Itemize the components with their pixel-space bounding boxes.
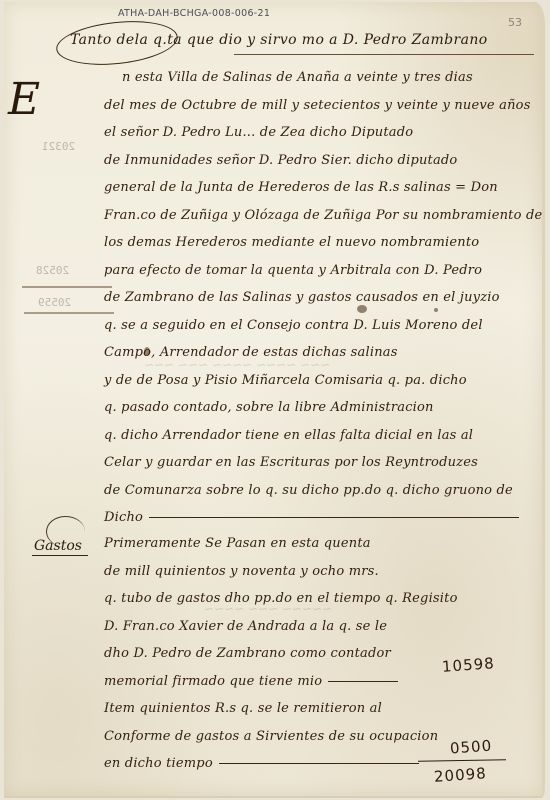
body-line: q. pasado contado, sobre la libre Admini… [104, 394, 544, 422]
line-filler [149, 517, 519, 518]
expense-line: D. Fran.co Xavier de Andrada a la q. se … [104, 613, 544, 641]
body-line-closing: Dicho [104, 504, 544, 526]
body-line: de Zambrano de las Salinas y gastos caus… [104, 284, 544, 312]
body-line: Fran.co de Zuñiga y Olózaga de Zuñiga Po… [104, 202, 544, 230]
document-heading: Tanto dela q.ta que dio y sirvo mo a D. … [64, 32, 504, 48]
body-line: n esta Villa de Salinas de Anaña a veint… [104, 64, 544, 92]
body-line: general de la Junta de Herederos de las … [104, 174, 544, 202]
body-line: los demas Herederos mediante el nuevo no… [104, 229, 544, 257]
body-line: de Comunarza sobre lo q. su dicho pp.do … [104, 477, 544, 505]
body-line: de Inmunidades señor D. Pedro Sier. dich… [104, 147, 544, 175]
body-line: el señor D. Pedro Lu... de Zea dicho Dip… [104, 119, 544, 147]
expense-line: Primeramente Se Pasan en esta quenta [104, 530, 544, 558]
line-filler [328, 681, 398, 682]
decorated-initial: E [8, 74, 40, 125]
amount-10598: 10598 [441, 654, 495, 676]
margin-rule [22, 286, 112, 288]
body-line: Celar y guardar en las Escrituras por lo… [104, 449, 544, 477]
heading-underline [234, 54, 534, 55]
amount-0500: 0500 [449, 737, 492, 758]
faded-margin-number: 20321 [42, 140, 75, 153]
margin-label-gastos: Gastos [32, 538, 88, 556]
faded-margin-number: 20528 [36, 264, 69, 277]
faded-margin-number: 20559 [38, 296, 71, 309]
archive-reference: ATHA-DAH-BCHGA-008-006-21 [118, 8, 270, 19]
folio-number: 53 [508, 16, 522, 29]
body-line: para efecto de tomar la quenta y Arbitra… [104, 257, 544, 285]
expense-line: de mill quinientos y noventa y ocho mrs. [104, 558, 544, 586]
margin-rule [24, 312, 114, 314]
body-line: q. dicho Arrendador tiene en ellas falta… [104, 422, 544, 450]
body-line: y de de Posa y Pisio Miñarcela Comisaria… [104, 367, 544, 395]
body-line: del mes de Octubre de mill y setecientos… [104, 92, 544, 120]
expense-line: Item quinientos R.s q. se le remitieron … [104, 695, 544, 723]
body-line: Campo, Arrendador de estas dichas salina… [104, 339, 544, 367]
total-amount: 20098 [433, 764, 487, 786]
manuscript-page: ATHA-DAH-BCHGA-008-006-21 53 20321 20528… [4, 2, 545, 798]
line-filler [219, 763, 419, 764]
document-body: n esta Villa de Salinas de Anaña a veint… [104, 64, 544, 526]
expense-line: q. tubo de gastos dho pp.do en el tiempo… [104, 585, 544, 613]
body-line: q. se a seguido en el Consejo contra D. … [104, 312, 544, 340]
